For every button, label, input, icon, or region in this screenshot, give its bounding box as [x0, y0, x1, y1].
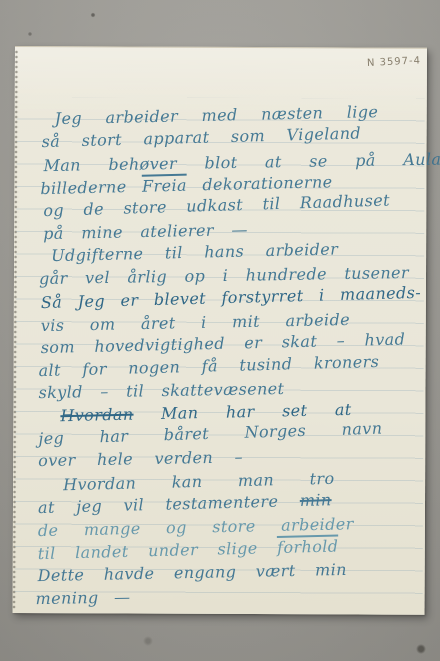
manuscript-line: på mine atelierer — — [43, 220, 248, 243]
manuscript-line: Udgifterne til hans arbeider — [51, 239, 339, 265]
handwriting-segment: skyld – til skattevæsenet — [38, 379, 284, 402]
manuscript-line: over hele verden – — [38, 447, 243, 470]
handwriting-segment: alt for nogen få tusind kroners — [38, 352, 379, 380]
overlined-word: Freia — [142, 176, 187, 196]
manuscript-line: så stort apparat som Vigeland — [41, 123, 361, 151]
overlined-word: forhold — [277, 536, 339, 557]
manuscript-line: Dette havde engang vært min — [37, 560, 347, 585]
handwriting-segment: Man behøver blot at se på Aula — — [43, 149, 440, 175]
manuscript-line: alt for nogen få tusind kroners — [38, 352, 379, 380]
handwriting-segment: til landet under slige — [38, 538, 278, 563]
struck-word: min — [300, 490, 332, 510]
handwritten-text: Jeg arbeider med næsten ligeså stort app… — [13, 47, 427, 615]
manuscript-line: mening — — [35, 588, 130, 609]
handwriting-segment: Dette havde engang vært min — [37, 560, 347, 585]
handwriting-segment: på mine atelierer — — [43, 220, 248, 243]
photo-background: N 3597-4 Jeg arbeider med næsten ligeså … — [0, 0, 440, 661]
manuscript-line: skyld – til skattevæsenet — [38, 379, 284, 402]
struck-word: Hvordan — [60, 405, 134, 426]
handwriting-segment: Udgifterne til hans arbeider — [51, 239, 339, 265]
handwriting-segment: mening — — [35, 588, 130, 609]
handwriting-segment: de mange og store arbeider — [38, 514, 354, 540]
handwriting-segment: billederne — [40, 177, 142, 198]
handwriting-segment: Så Jeg er blevet forstyrret i maaneds- — [41, 283, 422, 312]
manuscript-line: til landet under slige forhold — [38, 536, 339, 563]
handwriting-segment: at jeg vil testamentere — [38, 491, 300, 517]
manuscript-line: Man behøver blot at se på Aula — — [43, 149, 440, 175]
manuscript-page: N 3597-4 Jeg arbeider med næsten ligeså … — [13, 46, 427, 615]
handwriting-segment: dekorationerne — [187, 172, 333, 194]
manuscript-line: at jeg vil testamentere min — [38, 490, 332, 517]
manuscript-line: de mange og store arbeider — [38, 514, 354, 540]
manuscript-line: Så Jeg er blevet forstyrret i maaneds- — [41, 283, 422, 312]
handwriting-segment: så stort apparat som Vigeland — [41, 123, 361, 151]
handwriting-segment: over hele verden – — [38, 447, 243, 470]
